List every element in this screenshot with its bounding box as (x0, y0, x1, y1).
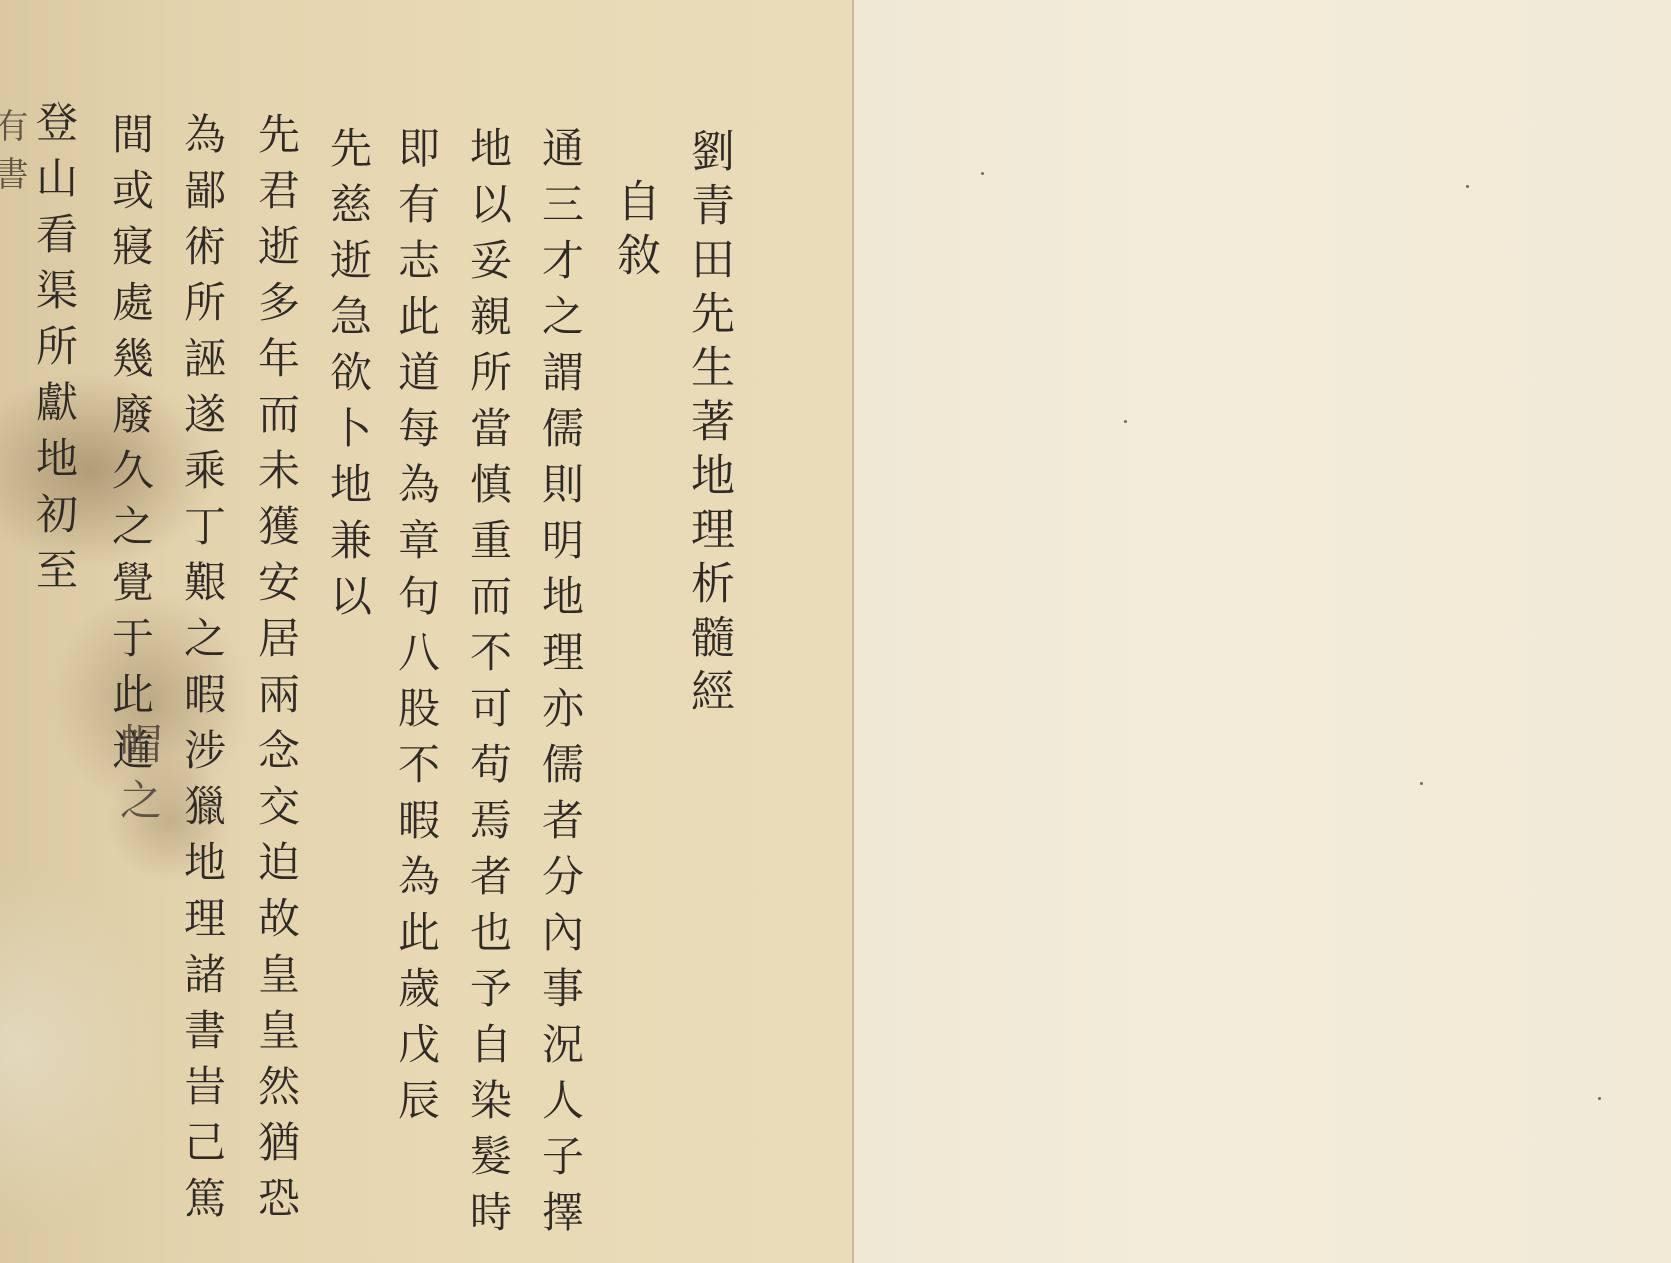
paper-speck (981, 172, 984, 175)
paper-speck (1598, 1097, 1601, 1100)
damaged-fragment: 帽之 (108, 722, 168, 834)
paper-speck (1420, 782, 1423, 785)
preface-heading: 自敘 (602, 178, 666, 286)
book-title: 劉青田先生著地理析髓經 (676, 128, 740, 722)
text-column-8: 登山看渠所獻地初至 (24, 100, 84, 604)
text-column-5: 先君逝多年而未獲安居兩念交迫故皇皇然猶恐 (246, 112, 306, 1232)
text-column-3: 即有志此道每為章句八股不暇為此歲戊辰 (386, 126, 446, 1134)
text-column-4: 先慈逝急欲卜地兼以 (318, 126, 378, 630)
right-page-blank (854, 0, 1671, 1263)
text-column-1: 通三才之謂儒則明地理亦儒者分內事況人子擇 (530, 126, 590, 1246)
edge-fragment: 有書 (0, 108, 33, 204)
paper-speck (1124, 420, 1127, 423)
left-page: 劉青田先生著地理析髓經 自敘 通三才之謂儒則明地理亦儒者分內事況人子擇 地以妥親… (0, 0, 854, 1263)
text-column-7: 間或寢處幾廢久之覺于此道 (100, 112, 160, 784)
paper-speck (1466, 185, 1469, 188)
book-spread: 劉青田先生著地理析髓經 自敘 通三才之謂儒則明地理亦儒者分內事況人子擇 地以妥親… (0, 0, 1671, 1263)
text-column-2: 地以妥親所當慎重而不可苟焉者也予自染髮時 (458, 126, 518, 1246)
text-column-6: 為鄙術所誣遂乘丁艱之暇涉獵地理諸書旹己篤 (172, 112, 232, 1232)
